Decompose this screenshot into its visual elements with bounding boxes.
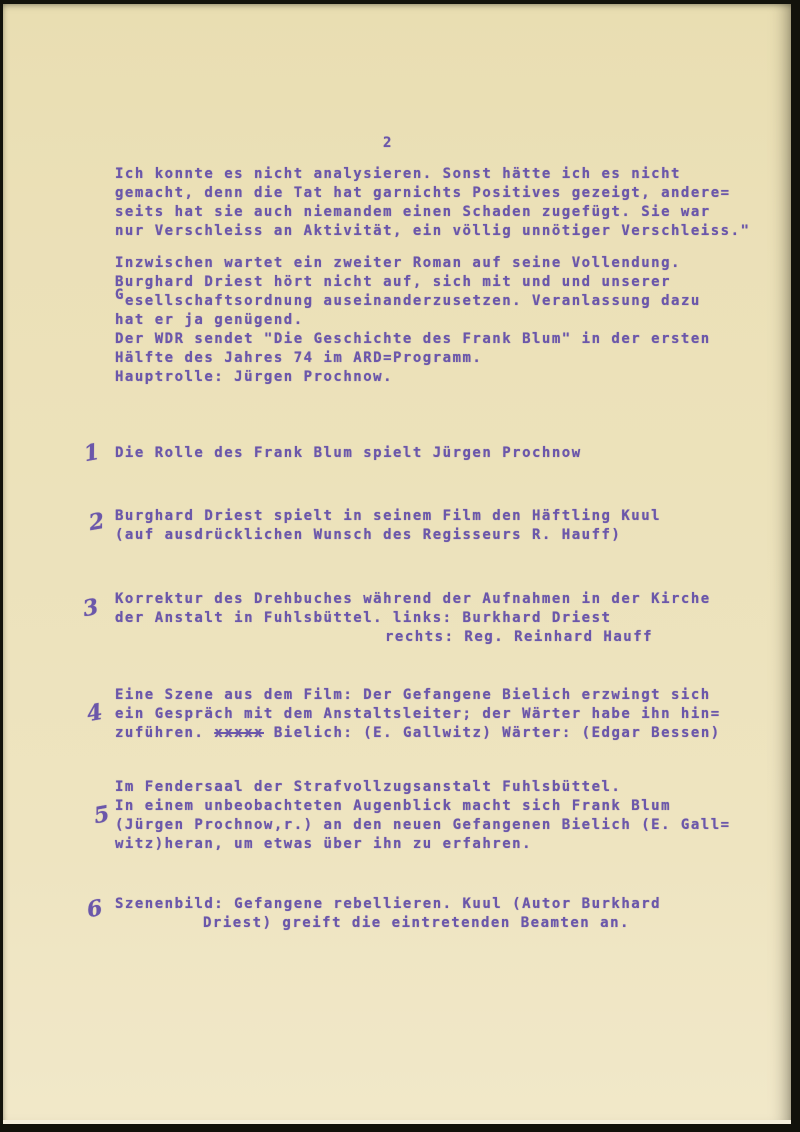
typed-line: (Jürgen Prochnow,r.) an den neuen Gefang… <box>115 816 791 835</box>
raised-letter: G <box>115 287 125 303</box>
handwritten-number-1: 1 <box>82 439 102 467</box>
scanned-photo-frame: 2 Ich konnte es nicht analysieren. Sonst… <box>0 0 800 1132</box>
caption-item-4: 4 Eine Szene aus dem Film: Der Gefangene… <box>3 686 791 743</box>
typed-line-post: Bielich: (E. Gallwitz) Wärter: (Edgar Be… <box>264 725 721 741</box>
caption-item-6: 6 Szenenbild: Gefangene rebellieren. Kuu… <box>3 895 791 933</box>
typed-line: Die Rolle des Frank Blum spielt Jürgen P… <box>115 444 791 463</box>
typed-line: hat er ja genügend. <box>115 311 791 330</box>
typed-line: Korrektur des Drehbuches während der Auf… <box>115 590 791 609</box>
typed-line: Im Fendersaal der Strafvollzugsanstalt F… <box>115 778 791 797</box>
typed-line: Ich konnte es nicht analysieren. Sonst h… <box>115 165 791 184</box>
typed-line-rest: esellschaftsordnung auseinanderzusetzen.… <box>125 293 701 309</box>
typed-line: witz)heran, um etwas über ihn zu erfahre… <box>115 835 791 854</box>
typed-line: der Anstalt in Fuhlsbüttel. links: Burkh… <box>115 609 791 628</box>
typed-line: Gesellschaftsordnung auseinanderzusetzen… <box>115 292 791 311</box>
typed-line: Der WDR sendet "Die Geschichte des Frank… <box>115 330 791 349</box>
typed-line: zuführen. xxxxx Bielich: (E. Gallwitz) W… <box>115 724 791 743</box>
typed-line: seits hat sie auch niemandem einen Schad… <box>115 203 791 222</box>
handwritten-number-6: 6 <box>85 895 105 923</box>
typed-line: Hälfte des Jahres 74 im ARD=Programm. <box>115 349 791 368</box>
typed-line: nur Verschleiss an Aktivität, ein völlig… <box>115 222 791 241</box>
handwritten-number-5: 5 <box>92 801 112 829</box>
typed-line: Burghard Driest spielt in seinem Film de… <box>115 507 791 526</box>
typed-line: (auf ausdrücklichen Wunsch des Regisseur… <box>115 526 791 545</box>
typed-line: Hauptrolle: Jürgen Prochnow. <box>115 368 791 387</box>
typed-line: ein Gespräch mit dem Anstaltsleiter; der… <box>115 705 791 724</box>
caption-item-3: 3 Korrektur des Drehbuches während der A… <box>3 590 791 647</box>
typed-line: Szenenbild: Gefangene rebellieren. Kuul … <box>115 895 791 914</box>
caption-item-5: 5 Im Fendersaal der Strafvollzugsanstalt… <box>3 778 791 854</box>
typed-line: Eine Szene aus dem Film: Der Gefangene B… <box>115 686 791 705</box>
page-number: 2 <box>383 134 393 153</box>
struck-out-text: xxxxx <box>214 725 264 741</box>
typed-line: In einem unbeobachteten Augenblick macht… <box>115 797 791 816</box>
caption-item-2: 2 Burghard Driest spielt in seinem Film … <box>3 507 791 545</box>
handwritten-number-2: 2 <box>87 508 107 536</box>
handwritten-number-3: 3 <box>81 594 101 622</box>
paragraph-broadcast-info: Inzwischen wartet ein zweiter Roman auf … <box>3 254 791 387</box>
typed-line: Driest) greift die eintretenden Beamten … <box>115 914 791 933</box>
typed-line: Burghard Driest hört nicht auf, sich mit… <box>115 273 791 292</box>
typed-line: Inzwischen wartet ein zweiter Roman auf … <box>115 254 791 273</box>
typed-line: rechts: Reg. Reinhard Hauff <box>115 628 791 647</box>
paragraph-quote: Ich konnte es nicht analysieren. Sonst h… <box>3 165 791 241</box>
caption-item-1: 1 Die Rolle des Frank Blum spielt Jürgen… <box>3 444 791 463</box>
document-page: 2 Ich konnte es nicht analysieren. Sonst… <box>3 4 791 1124</box>
typed-line: gemacht, denn die Tat hat garnichts Posi… <box>115 184 791 203</box>
typed-line-pre: zuführen. <box>115 725 214 741</box>
handwritten-number-4: 4 <box>85 699 105 727</box>
